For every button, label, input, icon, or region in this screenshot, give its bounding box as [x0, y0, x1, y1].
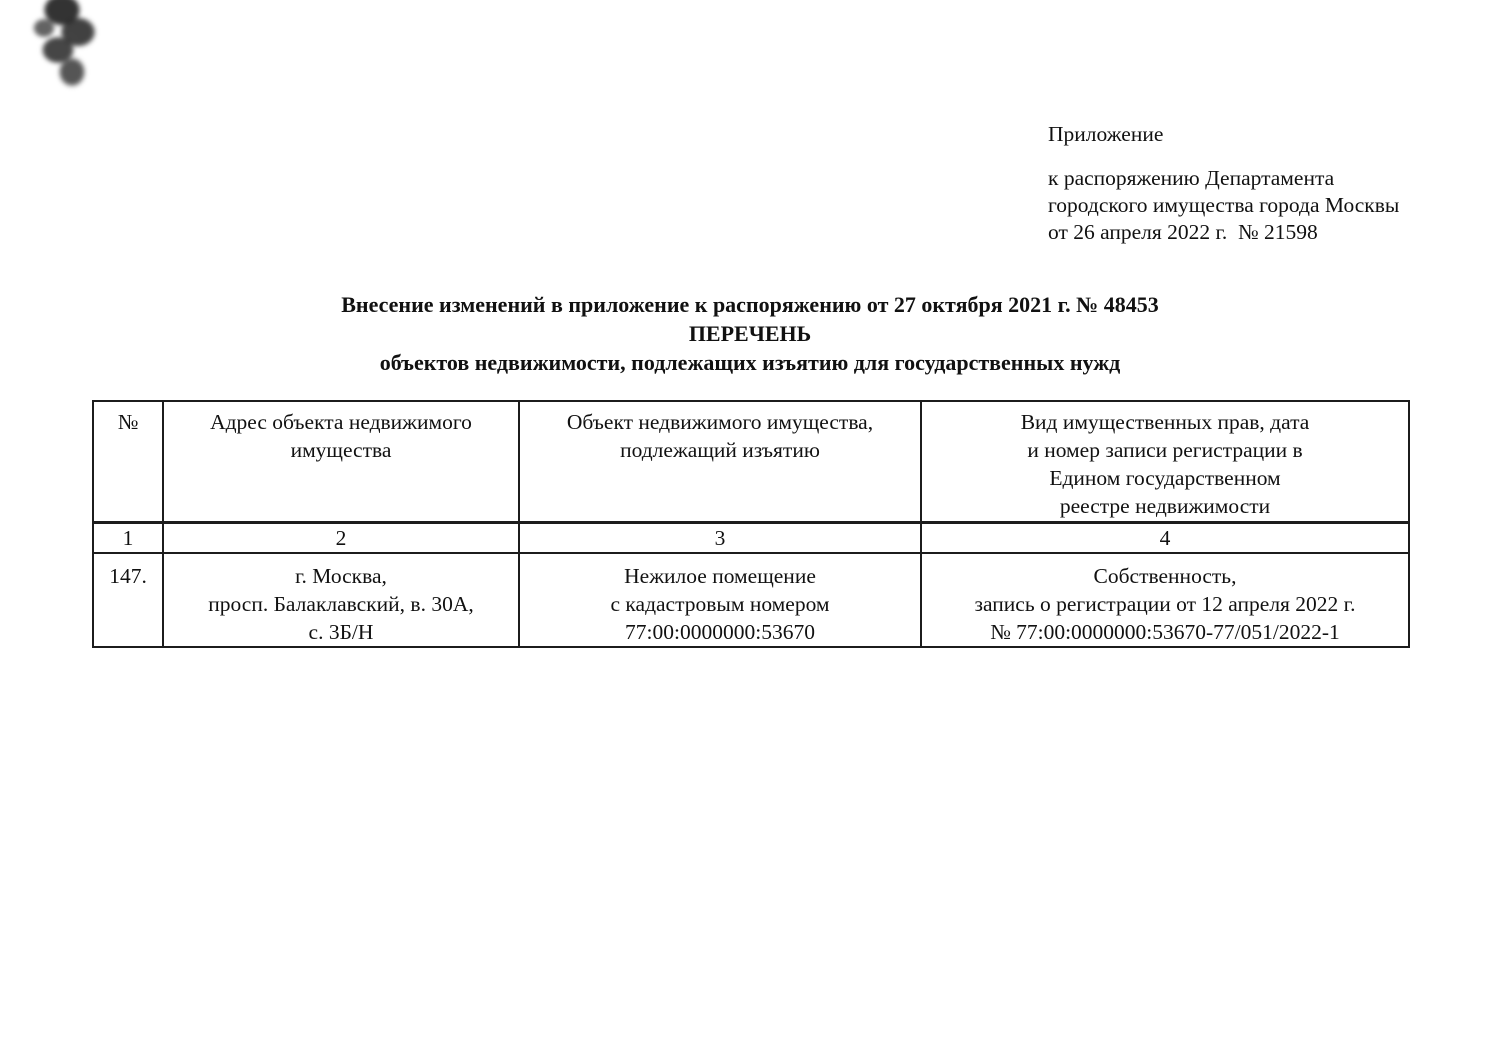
document-title-line-subject: объектов недвижимости, подлежащих изъяти…: [0, 348, 1500, 377]
row-cell-object: Нежилое помещение с кадастровым номером …: [519, 553, 921, 647]
column-number-1: 1: [93, 522, 163, 553]
property-table-container: № Адрес объекта недвижимого имущества Об…: [92, 400, 1410, 648]
header-cell-number: №: [93, 401, 163, 522]
scan-smudge-artifact: [20, 0, 106, 98]
row-cell-number: 147.: [93, 553, 163, 647]
table-header-row: № Адрес объекта недвижимого имущества Об…: [93, 401, 1409, 522]
column-number-2: 2: [163, 522, 519, 553]
document-title-line-amendment: Внесение изменений в приложение к распор…: [0, 290, 1500, 319]
row-cell-rights: Собственность, запись о регистрации от 1…: [921, 553, 1409, 647]
table-column-number-row: 1 2 3 4: [93, 522, 1409, 553]
document-page: Приложение к распоряжению Департамента г…: [0, 0, 1500, 1061]
row-cell-address: г. Москва, просп. Балаклавский, в. 30А, …: [163, 553, 519, 647]
header-cell-address: Адрес объекта недвижимого имущества: [163, 401, 519, 522]
appendix-label: Приложение: [1048, 121, 1438, 148]
appendix-order-reference: к распоряжению Департамента городского и…: [1048, 165, 1438, 246]
header-cell-object: Объект недвижимого имущества, подлежащий…: [519, 401, 921, 522]
property-table: № Адрес объекта недвижимого имущества Об…: [92, 400, 1410, 648]
header-cell-rights: Вид имущественных прав, дата и номер зап…: [921, 401, 1409, 522]
appendix-reference-block: Приложение к распоряжению Департамента г…: [1048, 121, 1438, 246]
column-number-4: 4: [921, 522, 1409, 553]
table-row: 147. г. Москва, просп. Балаклавский, в. …: [93, 553, 1409, 647]
document-title: Внесение изменений в приложение к распор…: [0, 290, 1500, 377]
document-title-line-list: ПЕРЕЧЕНЬ: [0, 319, 1500, 348]
column-number-3: 3: [519, 522, 921, 553]
